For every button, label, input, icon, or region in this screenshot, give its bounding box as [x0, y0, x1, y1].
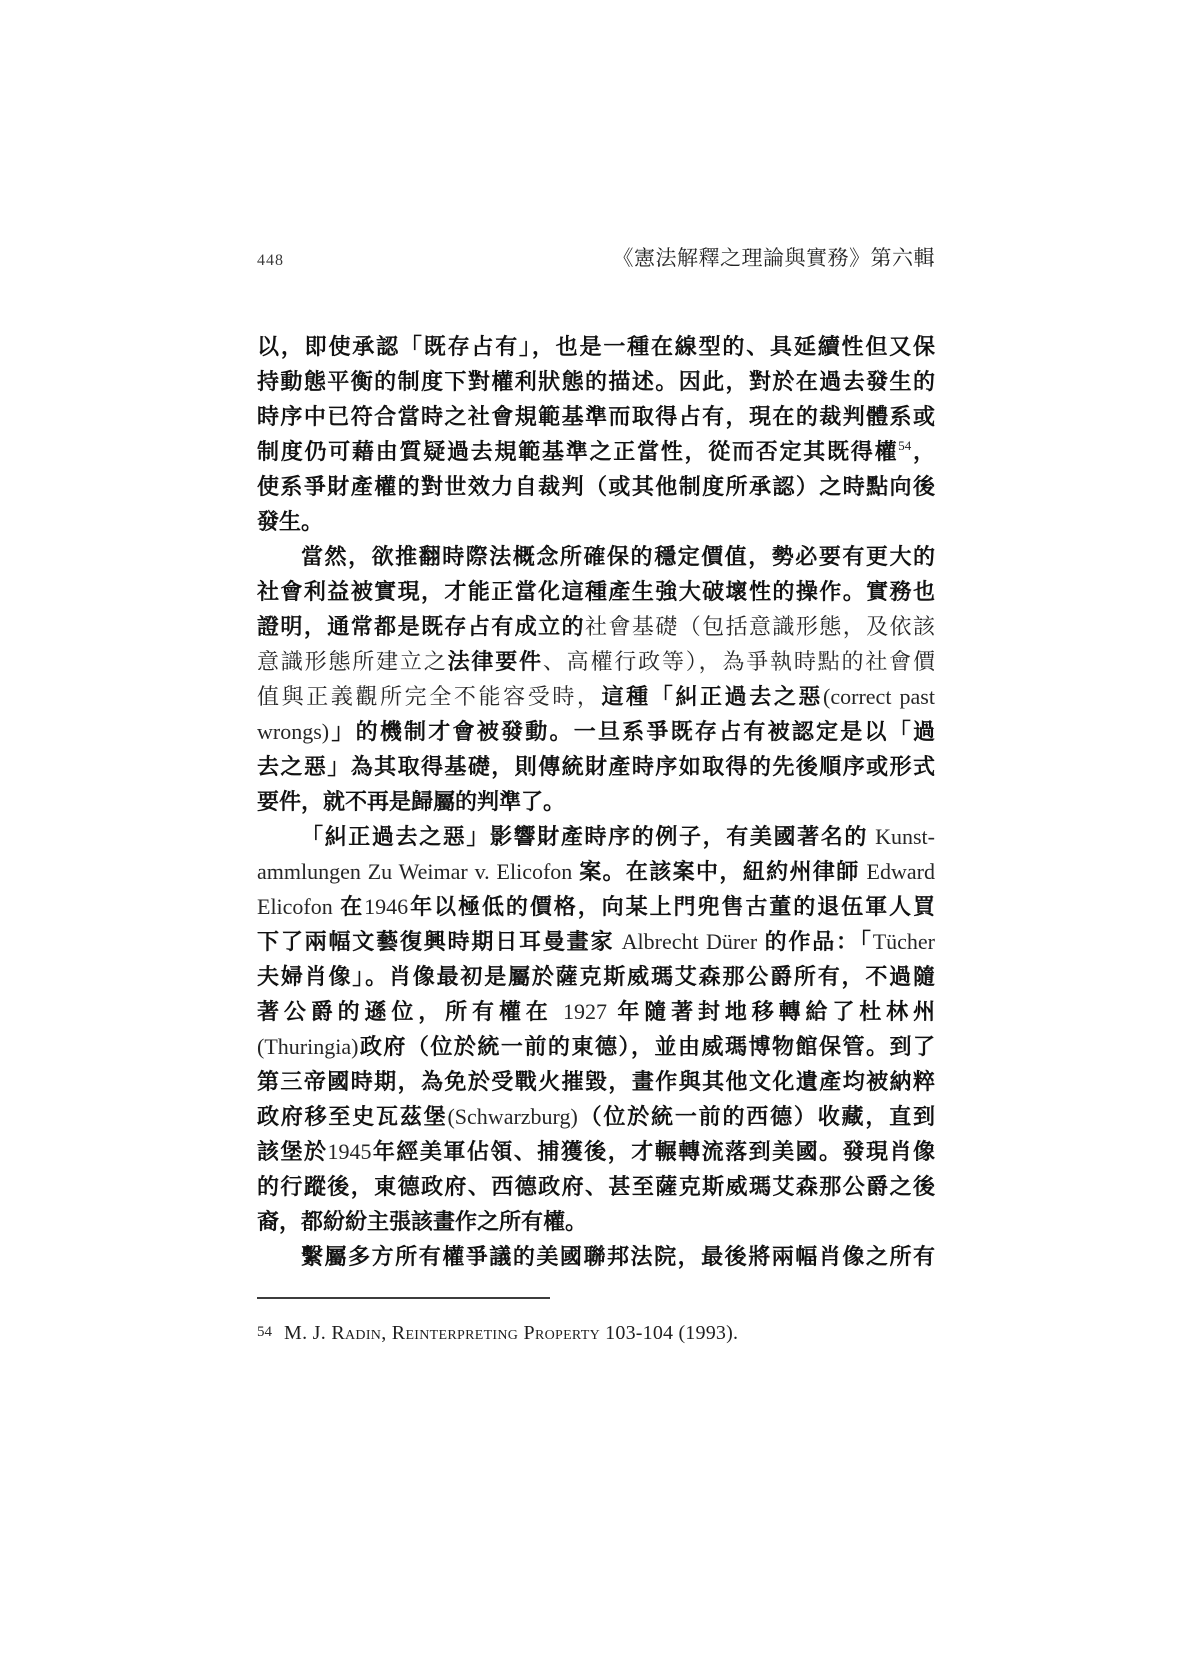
text-run: 這種「糾正過去之惡 — [602, 684, 824, 709]
text-run: 1927 — [553, 999, 618, 1024]
text-line: 要件，就不再是歸屬的判準了。 — [257, 784, 935, 819]
text-line: (Thuringia)政府（位於統一前的東德），並由威瑪博物館保管。到了 — [257, 1029, 935, 1064]
text-run: 著公爵的遜位，所有權在 — [257, 999, 553, 1024]
footnote: 54M. J. Radin, Reinterpreting Property 1… — [257, 1322, 935, 1345]
text-run: 案。在該案中，紐約州律師 — [579, 859, 860, 884]
text-run: 下了兩幅文藝復興時期日耳曼畫家 — [257, 929, 614, 954]
text-run: 1945 — [327, 1139, 371, 1164]
text-run: 制度仍可藉由質疑過去規範基準之正當性，從而否定其既得權 — [257, 439, 898, 464]
text-run: 意識形態所建立之 — [257, 649, 448, 674]
paragraph: 當然，欲推翻時際法概念所確保的穩定價值，勢必要有更大的社會利益被實現，才能正當化… — [257, 539, 935, 819]
text-line: 的行蹤後，東德政府、西德政府、甚至薩克斯威瑪艾森那公爵之後 — [257, 1169, 935, 1204]
text-line: 政府移至史瓦茲堡(Schwarzburg)（位於統一前的西德）收藏，直到 — [257, 1099, 935, 1134]
text-line: 第三帝國時期，為免於受戰火摧毀，畫作與其他文化遺產均被納粹 — [257, 1064, 935, 1099]
text-run: 去之惡」為其取得基礎，則傳統財產時序如取得的先後順序或形式 — [257, 754, 935, 779]
text-run: 社會基礎（包括意識形態，及依該 — [585, 614, 935, 639]
text-run: 第三帝國時期，為免於受戰火摧毀，畫作與其他文化遺產均被納粹 — [257, 1069, 935, 1094]
text-run: 的行蹤後，東德政府、西德政府、甚至薩克斯威瑪艾森那公爵之後 — [257, 1174, 935, 1199]
text-run: 持動態平衡的制度下對權利狀態的描述。因此，對於在過去發生的 — [257, 369, 935, 394]
text-run: ， — [911, 439, 935, 464]
text-run: 1946 — [364, 894, 408, 919]
text-run: 繫屬多方所有權爭議的美國聯邦法院，最後將兩幅肖像之所有 — [301, 1244, 935, 1269]
text-run: (correct past — [823, 684, 935, 709]
footnote-citation-pages: 103-104 (1993). — [600, 1322, 738, 1344]
text-run: 證明，通常都是既存占有成立的 — [257, 614, 585, 639]
page-header: 448 《憲法解釋之理論與實務》第六輯 — [257, 242, 935, 272]
footnote-separator-rule — [257, 1297, 550, 1299]
text-run: 使系爭財產權的對世效力自裁判（或其他制度所承認）之時點向後 — [257, 474, 935, 499]
paragraph: 「糾正過去之惡」影響財產時序的例子，有美國著名的 Kunst-ammlungen… — [257, 819, 935, 1239]
text-line: 發生。 — [257, 504, 935, 539]
text-run: Tücher — [873, 929, 935, 954]
text-line: 值與正義觀所完全不能容受時，這種「糾正過去之惡(correct past — [257, 679, 935, 714]
text-run: 的作品：「 — [765, 929, 873, 954]
text-line: 制度仍可藉由質疑過去規範基準之正當性，從而否定其既得權54， — [257, 434, 935, 469]
text-run: 政府（位於統一前的東德），並由威瑪博物館保管。到了 — [358, 1034, 935, 1059]
text-run: 時序中已符合當時之社會規範基準而取得占有，現在的裁判體系或 — [257, 404, 935, 429]
text-line: 時序中已符合當時之社會規範基準而取得占有，現在的裁判體系或 — [257, 399, 935, 434]
text-run: 年經美軍佔領、捕獲後，才輾轉流落到美國。發現肖像 — [371, 1139, 935, 1164]
text-run: 要件，就不再是歸屬的判準了。 — [257, 789, 565, 814]
book-page: 448 《憲法解釋之理論與實務》第六輯 以，即使承認「既存占有」，也是一種在線型… — [0, 0, 1177, 1664]
text-run: 發生。 — [257, 509, 323, 534]
text-run: 年隨著封地移轉給了杜林州 — [617, 999, 935, 1024]
paragraph: 以，即使承認「既存占有」，也是一種在線型的、具延續性但又保持動態平衡的制度下對權… — [257, 329, 935, 539]
text-line: 使系爭財產權的對世效力自裁判（或其他制度所承認）之時點向後 — [257, 469, 935, 504]
text-line: 當然，欲推翻時際法概念所確保的穩定價值，勢必要有更大的 — [257, 539, 935, 574]
text-run: 「糾正過去之惡」影響財產時序的例子，有美國著名的 — [301, 824, 868, 849]
text-run: 裔，都紛紛主張該畫作之所有權。 — [257, 1209, 587, 1234]
text-line: 裔，都紛紛主張該畫作之所有權。 — [257, 1204, 935, 1239]
text-line: 意識形態所建立之法律要件、高權行政等），為爭執時點的社會價 — [257, 644, 935, 679]
text-line: wrongs)」的機制才會被發動。一旦系爭既存占有被認定是以「過 — [257, 714, 935, 749]
text-run: ammlungen Zu Weimar v. Elicofon — [257, 859, 579, 884]
text-line: 證明，通常都是既存占有成立的社會基礎（包括意識形態，及依該 — [257, 609, 935, 644]
footnote-ref-superscript: 54 — [898, 438, 911, 453]
running-title: 《憲法解釋之理論與實務》第六輯 — [613, 242, 936, 272]
text-run: Elicofon — [257, 894, 340, 919]
text-run: 在 — [340, 894, 364, 919]
text-line: 繫屬多方所有權爭議的美國聯邦法院，最後將兩幅肖像之所有 — [257, 1239, 935, 1274]
text-line: 「糾正過去之惡」影響財產時序的例子，有美國著名的 Kunst- — [257, 819, 935, 854]
text-run: 該堡於 — [257, 1139, 327, 1164]
text-run: （位於統一前的西德）收藏，直到 — [578, 1104, 935, 1129]
text-line: ammlungen Zu Weimar v. Elicofon 案。在該案中，紐… — [257, 854, 935, 889]
text-line: 下了兩幅文藝復興時期日耳曼畫家 Albrecht Dürer 的作品：「Tüch… — [257, 924, 935, 959]
text-run: 政府移至史瓦茲堡 — [257, 1104, 447, 1129]
text-run: wrongs) — [257, 719, 329, 744]
text-line: 該堡於1945年經美軍佔領、捕獲後，才輾轉流落到美國。發現肖像 — [257, 1134, 935, 1169]
text-line: 持動態平衡的制度下對權利狀態的描述。因此，對於在過去發生的 — [257, 364, 935, 399]
text-line: 夫婦肖像」。肖像最初是屬於薩克斯威瑪艾森那公爵所有，不過隨 — [257, 959, 935, 994]
text-line: Elicofon 在1946年以極低的價格，向某上門兜售古董的退伍軍人買 — [257, 889, 935, 924]
footnote-area: 54M. J. Radin, Reinterpreting Property 1… — [257, 1297, 935, 1345]
paragraph: 繫屬多方所有權爭議的美國聯邦法院，最後將兩幅肖像之所有 — [257, 1239, 935, 1274]
text-run: 值與正義觀所完全不能容受時， — [257, 684, 602, 709]
text-run: 年以極低的價格，向某上門兜售古董的退伍軍人買 — [408, 894, 935, 919]
text-run: 社會利益被實現，才能正當化這種產生強大破壞性的操作。實務也 — [257, 579, 935, 604]
text-run: Edward — [860, 859, 935, 884]
text-run: (Thuringia) — [257, 1034, 358, 1059]
text-run: (Schwarzburg) — [447, 1104, 577, 1129]
text-line: 以，即使承認「既存占有」，也是一種在線型的、具延續性但又保 — [257, 329, 935, 364]
text-run: 當然，欲推翻時際法概念所確保的穩定價值，勢必要有更大的 — [301, 544, 935, 569]
text-line: 著公爵的遜位，所有權在 1927 年隨著封地移轉給了杜林州 — [257, 994, 935, 1029]
text-line: 去之惡」為其取得基礎，則傳統財產時序如取得的先後順序或形式 — [257, 749, 935, 784]
footnote-citation-smallcaps: M. J. Radin, Reinterpreting Property — [284, 1322, 600, 1344]
footnote-citation: M. J. Radin, Reinterpreting Property 103… — [284, 1322, 738, 1344]
text-run: 、高權行政等），為爭執時點的社會價 — [543, 649, 935, 674]
page-number: 448 — [257, 252, 284, 270]
text-run: 法律要件 — [448, 649, 543, 674]
text-run: Kunst- — [868, 824, 935, 849]
text-line: 社會利益被實現，才能正當化這種產生強大破壞性的操作。實務也 — [257, 574, 935, 609]
footnote-number: 54 — [257, 1324, 272, 1340]
text-run: 」的機制才會被發動。一旦系爭既存占有被認定是以「過 — [329, 719, 935, 744]
text-run: 以，即使承認「既存占有」，也是一種在線型的、具延續性但又保 — [257, 334, 935, 359]
text-run: 夫婦肖像」。肖像最初是屬於薩克斯威瑪艾森那公爵所有，不過隨 — [257, 964, 935, 989]
body-text-block: 以，即使承認「既存占有」，也是一種在線型的、具延續性但又保持動態平衡的制度下對權… — [257, 329, 935, 1274]
text-run: Albrecht Dürer — [614, 929, 764, 954]
